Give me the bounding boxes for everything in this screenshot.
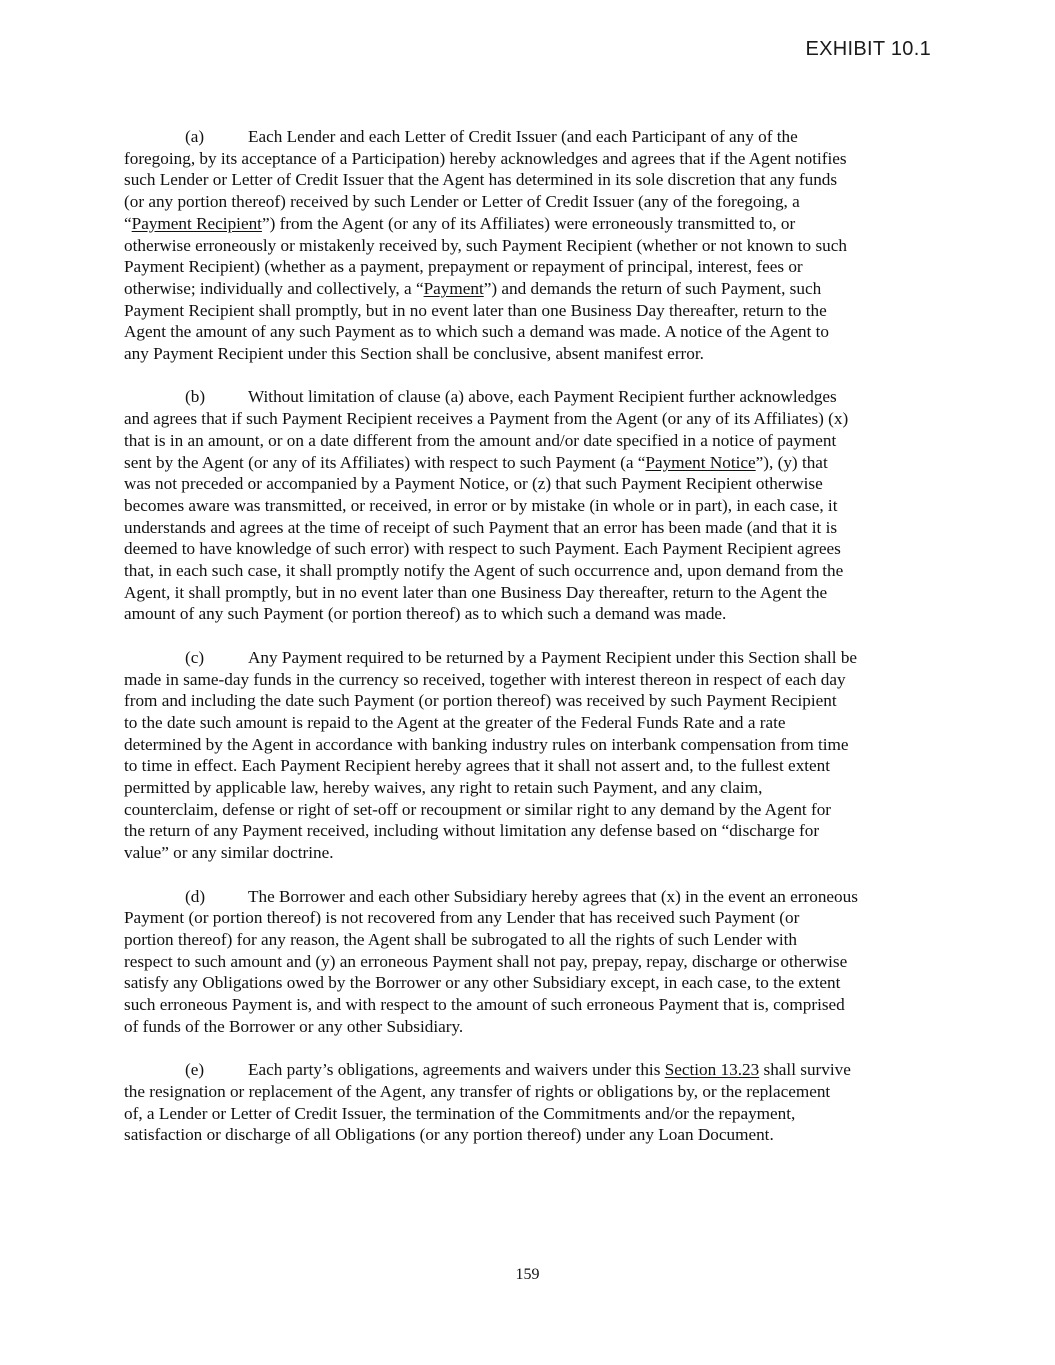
paragraph-line: Payment Recipient shall promptly, but in… (124, 300, 944, 322)
defined-term-payment-notice: Payment Notice (645, 453, 755, 472)
paragraph-line: value” or any similar doctrine. (124, 842, 944, 864)
paragraph-b: (b)Without limitation of clause (a) abov… (124, 386, 944, 625)
paragraph-line: the resignation or replacement of the Ag… (124, 1081, 944, 1103)
paragraph-line: permitted by applicable law, hereby waiv… (124, 777, 944, 799)
paragraph-e: (e)Each party’s obligations, agreements … (124, 1059, 944, 1146)
paragraph-first-line: (d)The Borrower and each other Subsidiar… (124, 886, 944, 908)
paragraph-first-line: (b)Without limitation of clause (a) abov… (124, 386, 944, 408)
paragraph-line: portion thereof) for any reason, the Age… (124, 929, 944, 951)
line-text: ”) and demands the return of such Paymen… (484, 279, 821, 298)
clause-label: (c) (185, 647, 248, 669)
paragraph-line: satisfaction or discharge of all Obligat… (124, 1124, 944, 1146)
clause-label: (e) (185, 1059, 248, 1081)
line-text: ”) from the Agent (or any of its Affilia… (262, 214, 795, 233)
clause-label: (a) (185, 126, 248, 148)
line-text: otherwise; individually and collectively… (124, 279, 424, 298)
paragraph-line: that is in an amount, or on a date diffe… (124, 430, 944, 452)
paragraph-line: understands and agrees at the time of re… (124, 517, 944, 539)
paragraph-d: (d)The Borrower and each other Subsidiar… (124, 886, 944, 1038)
paragraph-line: the return of any Payment received, incl… (124, 820, 944, 842)
paragraph-line: Payment (or portion thereof) is not reco… (124, 907, 944, 929)
paragraph-line: counterclaim, defense or right of set-of… (124, 799, 944, 821)
paragraph-line: satisfy any Obligations owed by the Borr… (124, 972, 944, 994)
paragraph-line: sent by the Agent (or any of its Affilia… (124, 452, 944, 474)
paragraph-line: respect to such amount and (y) an errone… (124, 951, 944, 973)
clause-label: (b) (185, 386, 248, 408)
paragraph-first-line: (c)Any Payment required to be returned b… (124, 647, 944, 669)
line-text: shall survive (759, 1060, 851, 1079)
line-text: Each Lender and each Letter of Credit Is… (248, 127, 798, 146)
line-text: The Borrower and each other Subsidiary h… (248, 887, 858, 906)
paragraph-line: to the date such amount is repaid to the… (124, 712, 944, 734)
paragraph-line: otherwise; individually and collectively… (124, 278, 944, 300)
paragraph-line: from and including the date such Payment… (124, 690, 944, 712)
paragraph-line: made in same-day funds in the currency s… (124, 669, 944, 691)
defined-term-payment: Payment (424, 279, 484, 298)
paragraph-line: determined by the Agent in accordance wi… (124, 734, 944, 756)
paragraph-line: Payment Recipient) (whether as a payment… (124, 256, 944, 278)
paragraph-first-line: (a)Each Lender and each Letter of Credit… (124, 126, 944, 148)
page-number: 159 (0, 1266, 1055, 1284)
paragraph-line: becomes aware was transmitted, or receiv… (124, 495, 944, 517)
paragraph-line: and agrees that if such Payment Recipien… (124, 408, 944, 430)
paragraph-line: (or any portion thereof) received by suc… (124, 191, 944, 213)
paragraph-first-line: (e)Each party’s obligations, agreements … (124, 1059, 944, 1081)
line-text: ”), (y) that (756, 453, 828, 472)
paragraph-line: otherwise erroneously or mistakenly rece… (124, 235, 944, 257)
paragraph-a: (a)Each Lender and each Letter of Credit… (124, 126, 944, 365)
paragraph-line: such Lender or Letter of Credit Issuer t… (124, 169, 944, 191)
document-body: (a)Each Lender and each Letter of Credit… (124, 126, 944, 1168)
paragraph-line: any Payment Recipient under this Section… (124, 343, 944, 365)
line-text: Any Payment required to be returned by a… (248, 648, 857, 667)
line-text: Each party’s obligations, agreements and… (248, 1060, 665, 1079)
line-text: Without limitation of clause (a) above, … (248, 387, 837, 406)
paragraph-line: that, in each such case, it shall prompt… (124, 560, 944, 582)
paragraph-line: of, a Lender or Letter of Credit Issuer,… (124, 1103, 944, 1125)
paragraph-line: was not preceded or accompanied by a Pay… (124, 473, 944, 495)
paragraph-line: deemed to have knowledge of such error) … (124, 538, 944, 560)
section-reference-link[interactable]: Section 13.23 (665, 1060, 760, 1079)
paragraph-c: (c)Any Payment required to be returned b… (124, 647, 944, 864)
paragraph-line: foregoing, by its acceptance of a Partic… (124, 148, 944, 170)
line-text: “ (124, 214, 132, 233)
exhibit-label: EXHIBIT 10.1 (805, 38, 931, 61)
paragraph-line: Agent, it shall promptly, but in no even… (124, 582, 944, 604)
paragraph-line: amount of any such Payment (or portion t… (124, 603, 944, 625)
paragraph-line: to time in effect. Each Payment Recipien… (124, 755, 944, 777)
paragraph-line: such erroneous Payment is, and with resp… (124, 994, 944, 1016)
line-text: sent by the Agent (or any of its Affilia… (124, 453, 645, 472)
defined-term-payment-recipient: Payment Recipient (132, 214, 262, 233)
paragraph-line: “Payment Recipient”) from the Agent (or … (124, 213, 944, 235)
clause-label: (d) (185, 886, 248, 908)
paragraph-line: of funds of the Borrower or any other Su… (124, 1016, 944, 1038)
paragraph-line: Agent the amount of any such Payment as … (124, 321, 944, 343)
